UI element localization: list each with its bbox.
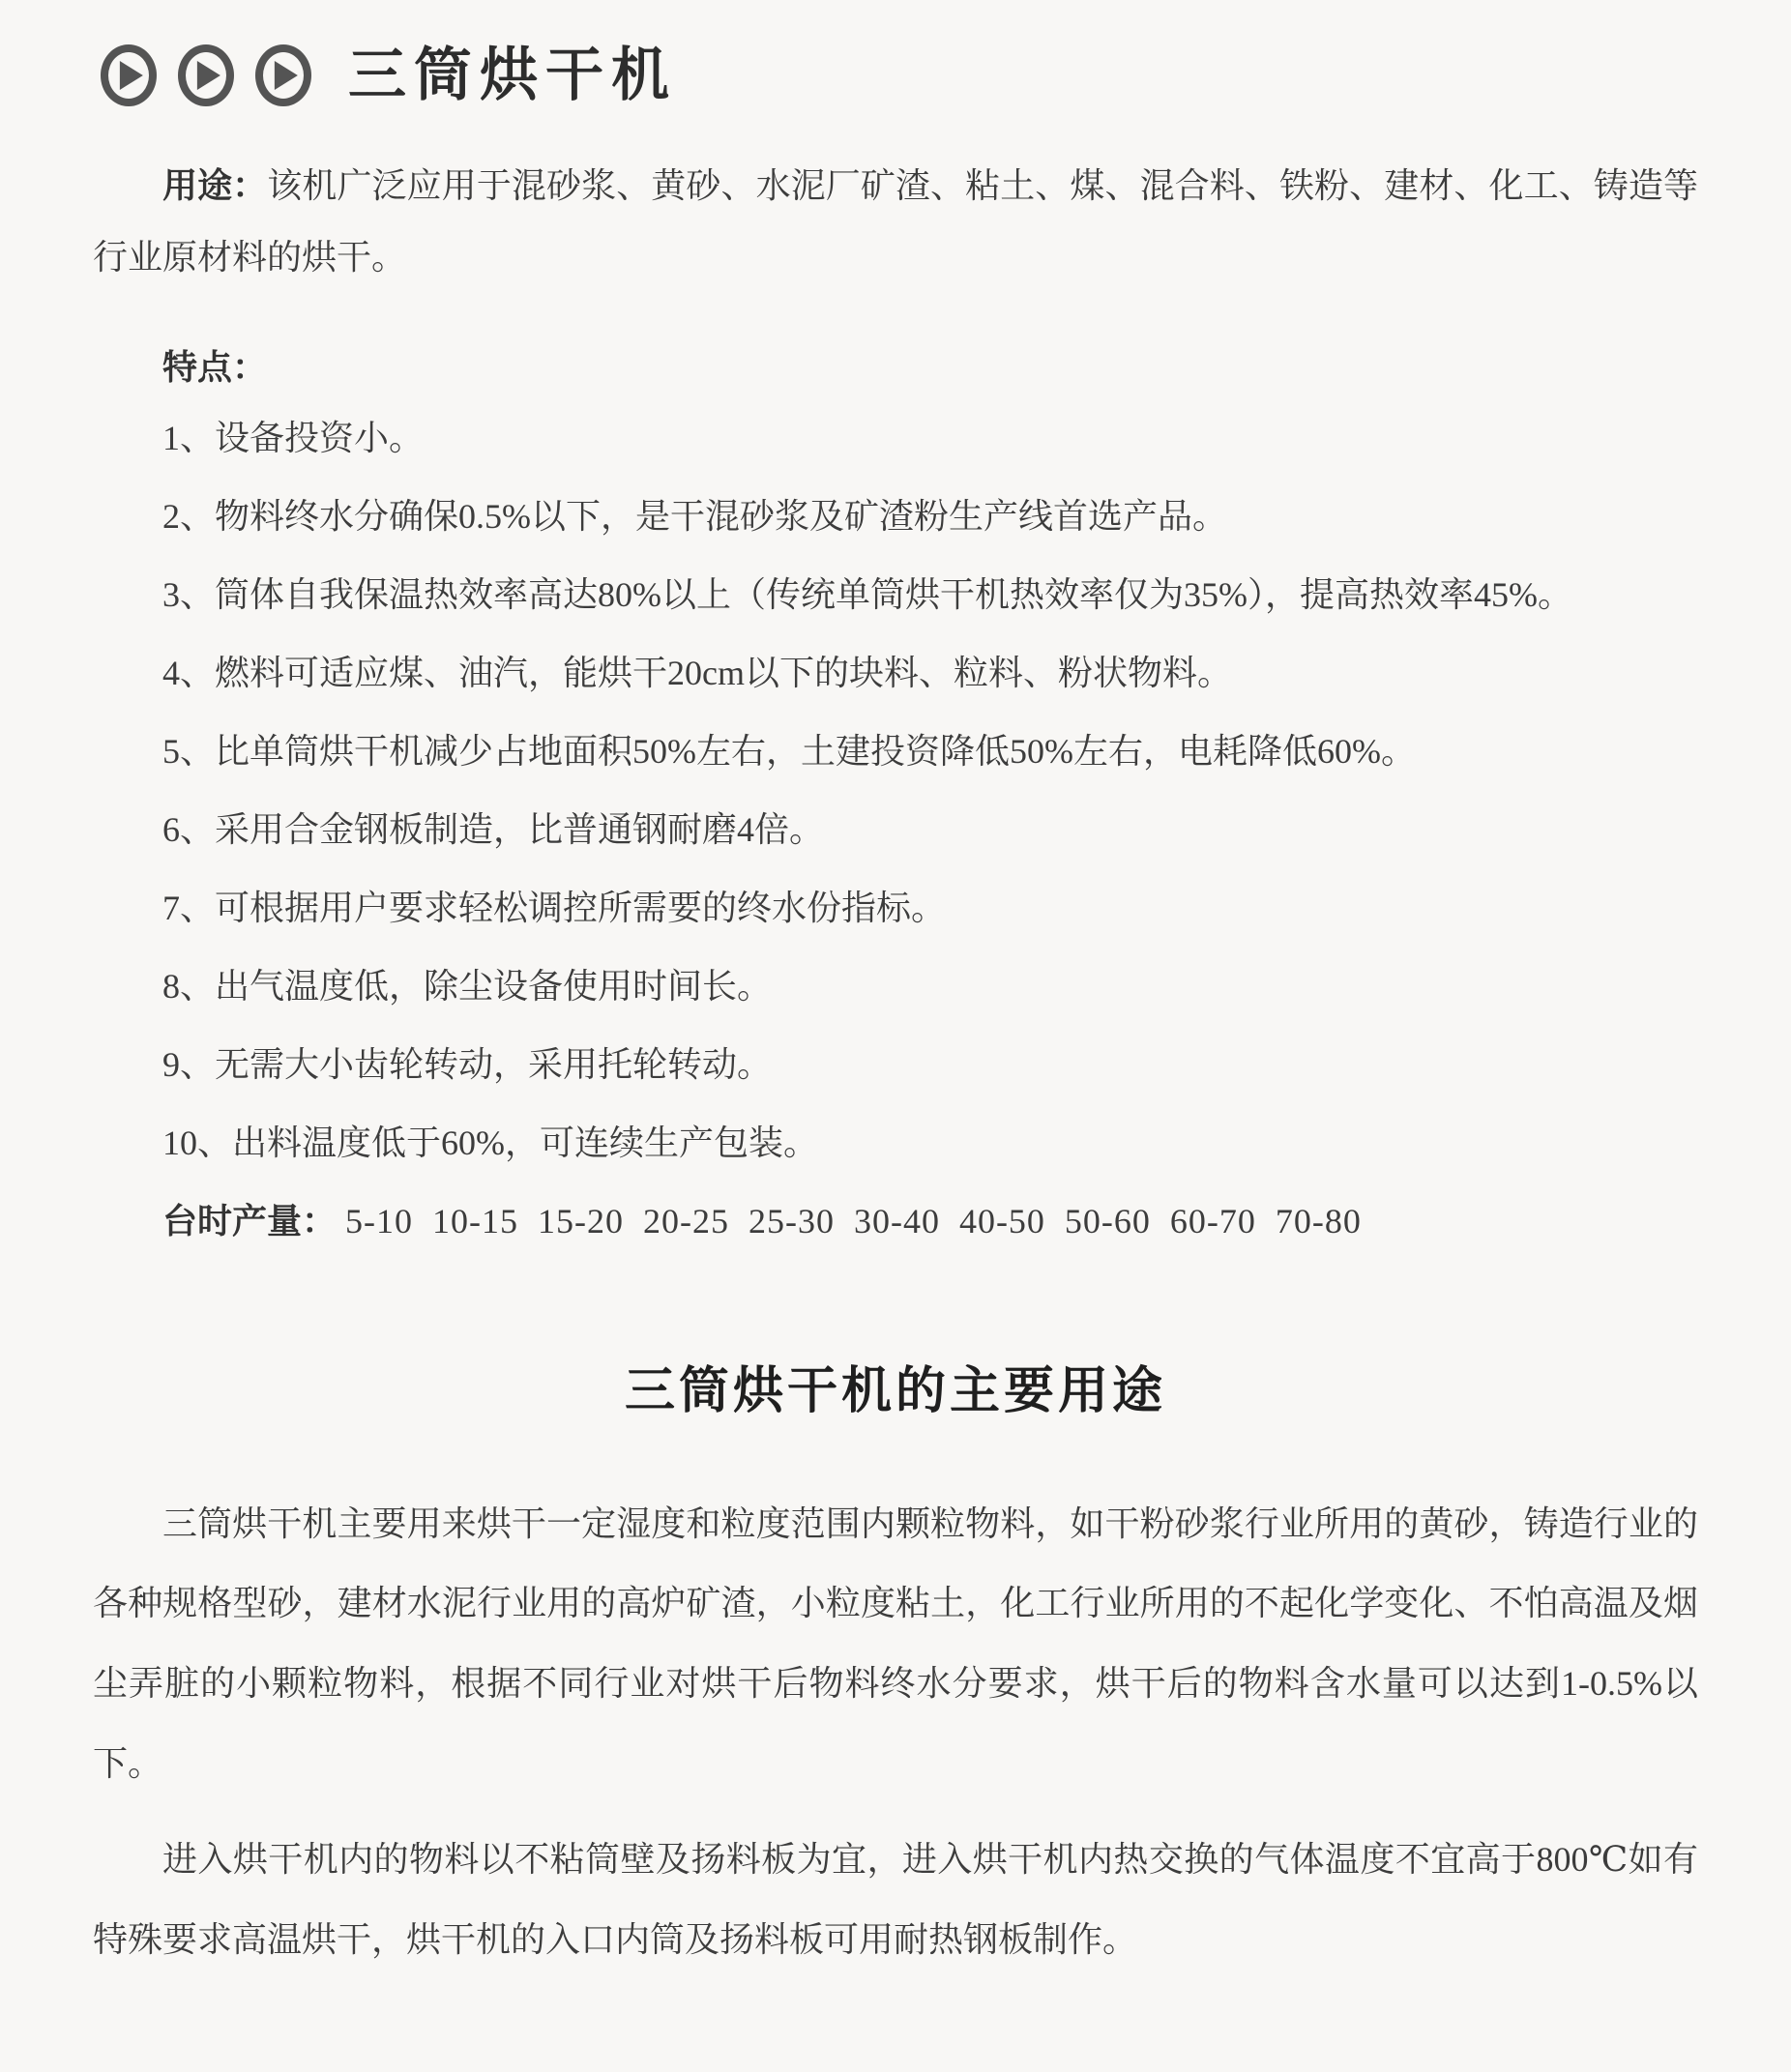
capacity-values: 5-10 10-15 15-20 20-25 25-30 30-40 40-50… <box>345 1202 1362 1240</box>
feature-item-9: 9、无需大小齿轮转动，采用托轮转动。 <box>93 1026 1698 1104</box>
intro-label: 用途： <box>162 166 267 205</box>
usage-paragraph-2: 进入烘干机内的物料以不粘筒壁及扬料板为宜，进入烘干机内热交换的气体温度不宜高于8… <box>93 1820 1698 1980</box>
feature-item-2: 2、物料终水分确保0.5%以下，是干混砂浆及矿渣粉生产线首选产品。 <box>93 478 1698 556</box>
play-circle-icon <box>255 44 311 106</box>
usage-paragraph-1: 三筒烘干机主要用来烘干一定湿度和粒度范围内颗粒物料，如干粉砂浆行业所用的黄砂，铸… <box>93 1484 1698 1804</box>
feature-item-1: 1、设备投资小。 <box>93 399 1698 478</box>
title-icon-group <box>101 44 311 106</box>
feature-item-10: 10、出料温度低于60%，可连续生产包装。 <box>93 1104 1698 1182</box>
intro-paragraph: 用途：该机广泛应用于混砂浆、黄砂、水泥厂矿渣、粘土、煤、混合料、铁粉、建材、化工… <box>93 151 1698 294</box>
play-circle-icon <box>101 44 157 106</box>
section-heading: 三筒烘干机的主要用途 <box>93 1350 1698 1422</box>
capacity-label: 台时产量： <box>162 1202 337 1240</box>
feature-item-5: 5、比单筒烘干机减少占地面积50%左右，土建投资降低50%左右，电耗降低60%。 <box>93 713 1698 791</box>
page-title: 三筒烘干机 <box>348 46 677 104</box>
features-label: 特点： <box>93 340 1698 390</box>
title-row: 三筒烘干机 <box>101 44 1698 106</box>
feature-item-6: 6、采用合金钢板制造，比普通钢耐磨4倍。 <box>93 791 1698 869</box>
document-page: 三筒烘干机 用途：该机广泛应用于混砂浆、黄砂、水泥厂矿渣、粘土、煤、混合料、铁粉… <box>0 0 1791 2072</box>
feature-item-4: 4、燃料可适应煤、油汽，能烘干20cm以下的块料、粒料、粉状物料。 <box>93 634 1698 713</box>
feature-item-7: 7、可根据用户要求轻松调控所需要的终水份指标。 <box>93 869 1698 948</box>
feature-item-8: 8、出气温度低，除尘设备使用时间长。 <box>93 948 1698 1026</box>
play-circle-icon <box>178 44 234 106</box>
capacity-line: 台时产量： 5-10 10-15 15-20 20-25 25-30 30-40… <box>93 1182 1698 1261</box>
feature-item-3: 3、筒体自我保温热效率高达80%以上（传统单筒烘干机热效率仅为35%），提高热效… <box>93 556 1698 634</box>
intro-text: 该机广泛应用于混砂浆、黄砂、水泥厂矿渣、粘土、煤、混合料、铁粉、建材、化工、铸造… <box>93 166 1698 277</box>
